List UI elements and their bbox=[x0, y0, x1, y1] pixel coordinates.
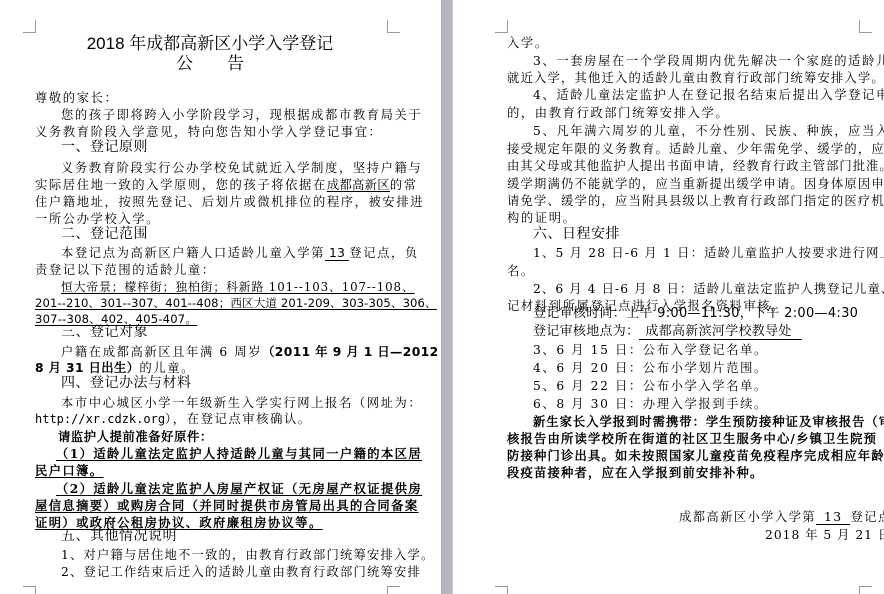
vaccination-notice-line-1: 新生家长入学报到时需携带：学生预防接种证及审核报告（审 bbox=[533, 415, 884, 429]
signature-line: 成都高新区小学入学第13登记点 bbox=[679, 510, 884, 525]
schedule-2-line-1: 2、6 月 4 日-6 月 8 日：适龄儿童法定监护人携登记儿童、登 bbox=[533, 282, 884, 296]
section-5-item-5-line-2: 接受规定年限的义务教育。适龄儿童、少年需免学、缓学的，应 bbox=[507, 142, 884, 156]
section-2-line-1: 本登记点为高新区户籍人口适龄儿童入学第13登记点，负 bbox=[61, 246, 419, 261]
section-2-range-1: 恒大帝景；檬梓街；独柏街；科新路 101--103、107--108、 bbox=[61, 280, 415, 294]
section-5-item-5-line-6: 构的证明。 bbox=[507, 211, 577, 225]
intro-line-2: 义务教育阶段入学意见，特向您告知小学入学登记事宜： bbox=[35, 125, 382, 139]
review-time: 登记审核时间：上午 9:00—11:30，下午 2:00—4:30 bbox=[533, 306, 858, 322]
material-item-1-line-1: （1）适龄儿童法定监护人持适龄儿童与其同一户籍的本区居 bbox=[56, 447, 422, 461]
section-5-item-3-line-2: 就近入学，其他迁入的适龄儿童由教育行政部门统筹安排入学。 bbox=[507, 71, 884, 85]
section-5-heading: 五、其他情况说明 bbox=[61, 529, 177, 543]
page-gap bbox=[441, 0, 453, 594]
section-4-line-2: http://xr.cdzk.org），在登记点审核确认。 bbox=[35, 412, 312, 426]
review-place: 成都高新滨河学校教导处 bbox=[639, 324, 801, 340]
section-5-item-4-line-2: 的，由教育行政部门统筹安排入学。 bbox=[507, 106, 729, 120]
greeting: 尊敬的家长： bbox=[35, 91, 118, 105]
material-item-2-line-1: （2）适龄儿童法定监护人房屋产权证（无房屋产权证提供房 bbox=[56, 482, 422, 496]
document-title: 2018 年成都高新区小学入学登记 bbox=[35, 34, 385, 54]
crop-mark-bottom-right bbox=[859, 586, 872, 594]
section-1-line-3: 住户籍地址，按照先登记、后划片或微机排位的程序，被安排进 bbox=[35, 195, 424, 209]
vaccination-notice-line-2: 核报告由所读学校所在街道的社区卫生服务中心/乡镇卫生院预 bbox=[507, 432, 877, 446]
birth-range-end: 8 月 31 日出生） bbox=[35, 361, 139, 375]
text: ），在登记点审核确认。 bbox=[165, 412, 312, 426]
crop-mark-top-right bbox=[859, 20, 872, 33]
crop-mark-bottom-right bbox=[387, 586, 400, 594]
vaccination-notice-line-3: 防接种门诊出具。如未按照国家儿童疫苗免疫程序完成相应年龄 bbox=[507, 449, 884, 463]
section-1-line-1: 义务教育阶段实行公办学校免试就近入学制度，坚持户籍与 bbox=[61, 161, 422, 175]
material-item-1-line-2: 民户口簿。 bbox=[35, 464, 104, 478]
registration-point-number: 13 bbox=[325, 247, 349, 261]
section-3-line-2: 8 月 31 日出生）的儿童。 bbox=[35, 361, 195, 375]
schedule-4: 4、6 月 20 日：公布小学划片范围。 bbox=[533, 361, 768, 375]
section-5-item-4-line-1: 4、适龄儿童法定监护人在登记报名结束后提出入学登记申请 bbox=[533, 88, 884, 102]
birth-range-start: （2011 年 9 月 1 日—2012 年 bbox=[262, 345, 441, 359]
section-1-line-4: 一所公办学校入学。 bbox=[35, 212, 160, 226]
section-5-item-2: 2、登记工作结束后迁入的适龄儿童由教育行政部门统筹安排 bbox=[61, 565, 421, 579]
document-page-right[interactable]: 入学。 3、一套房屋在一个学段周期内优先解决一个家庭的适龄儿童 就近入学，其他迁… bbox=[453, 0, 884, 594]
schedule-6: 6、8 月 30 日：办理入学报到手续。 bbox=[533, 397, 768, 411]
signature-date: 2018 年 5 月 21 日 bbox=[765, 528, 884, 542]
crop-mark-bottom-left bbox=[23, 586, 36, 594]
materials-label: 请监护人提前准备好原件： bbox=[58, 430, 213, 444]
schedule-3: 3、6 月 15 日：公布入学登记名单。 bbox=[533, 343, 768, 357]
section-1-line-2: 实际居住地一致的入学原则，您的孩子将依据在成都高新区的常 bbox=[35, 178, 418, 192]
section-1-heading: 一、登记原则 bbox=[61, 140, 148, 154]
text: 登记点，负 bbox=[349, 246, 419, 260]
signature-point-number: 13 bbox=[816, 511, 850, 525]
section-4-line-1: 本市中心城区小学一年级新生入学实行网上报名（网址为： bbox=[61, 396, 422, 410]
crop-mark-top-right bbox=[387, 20, 400, 33]
text: 的儿童。 bbox=[139, 361, 195, 375]
section-5-item-1: 1、对户籍与居住地不一致的，由教育行政部门统筹安排入学。 bbox=[61, 548, 434, 562]
registration-url[interactable]: http://xr.cdzk.org bbox=[35, 412, 165, 426]
schedule-1-line-1: 1、5 月 28 日-6 月 1 日：适龄儿童监护人按要求进行网上报 bbox=[533, 246, 884, 260]
document-page-left[interactable]: 2018 年成都高新区小学入学登记 公 告 尊敬的家长： 您的孩子即将跨入小学阶… bbox=[0, 0, 441, 594]
text: 户籍在成都高新区且年满 6 周岁 bbox=[61, 345, 262, 359]
section-5-item-5-line-1: 5、凡年满六周岁的儿童，不分性别、民族、种族，应当入学 bbox=[533, 124, 884, 138]
section-2-range-2: 201--210、301--307、401--408；西区大道 201-209、… bbox=[35, 296, 437, 310]
section-5-item-3-line-1: 3、一套房屋在一个学段周期内优先解决一个家庭的适龄儿童 bbox=[533, 54, 884, 68]
intro-line-1: 您的孩子即将跨入小学阶段学习，现根据成都市教育局关于 bbox=[61, 108, 422, 122]
section-5-item-5-line-5: 请免学、缓学的，应当附具县级以上教育行政部门指定的医疗机 bbox=[507, 194, 884, 208]
section-4-heading: 四、登记办法与材料 bbox=[61, 376, 192, 390]
schedule-1-line-2: 名。 bbox=[507, 264, 535, 278]
section-2-heading: 二、登记范围 bbox=[61, 227, 148, 241]
text: 的常 bbox=[390, 178, 418, 192]
section-5-item-5-line-4: 缓学期满仍不能就学的，应当重新提出缓学申请。因身体原因申 bbox=[507, 177, 884, 191]
section-6-heading: 六、日程安排 bbox=[533, 227, 620, 241]
review-place-label: 登记审核地点为： bbox=[533, 324, 639, 339]
review-place-line: 登记审核地点为：成都高新滨河学校教导处 bbox=[533, 324, 802, 340]
material-item-2-line-2: 屋信息摘要）或购房合同（并同时提供市房管局出具的合同备案 bbox=[35, 499, 419, 513]
crop-mark-bottom-left bbox=[495, 586, 508, 594]
section-5-item-5-line-3: 由其父母或其他监护人提出书面申请，经教育行政主管部门批准。 bbox=[507, 159, 884, 173]
district-name: 成都高新区 bbox=[327, 178, 390, 192]
continued-line: 入学。 bbox=[507, 36, 549, 50]
signature-text: 登记点 bbox=[850, 510, 884, 524]
signature-text: 成都高新区小学入学第 bbox=[679, 510, 816, 524]
text: 实际居住地一致的入学原则，您的孩子将依据在 bbox=[35, 178, 327, 192]
crop-mark-top-left bbox=[495, 20, 508, 33]
section-3-heading: 三、登记对象 bbox=[61, 325, 148, 339]
document-subtitle: 公 告 bbox=[35, 54, 385, 74]
section-2-line-2: 责登记以下范围的适龄儿童： bbox=[35, 263, 216, 277]
crop-mark-top-left bbox=[23, 20, 36, 33]
vaccination-notice-line-4: 段疫苗接种者，应在入学报到前安排补种。 bbox=[507, 466, 763, 480]
text: 本登记点为高新区户籍人口适龄儿童入学第 bbox=[61, 246, 325, 260]
schedule-5: 5、6 月 22 日：公布小学入学名单。 bbox=[533, 379, 768, 393]
section-3-line-1: 户籍在成都高新区且年满 6 周岁（2011 年 9 月 1 日—2012 年 bbox=[61, 345, 441, 359]
